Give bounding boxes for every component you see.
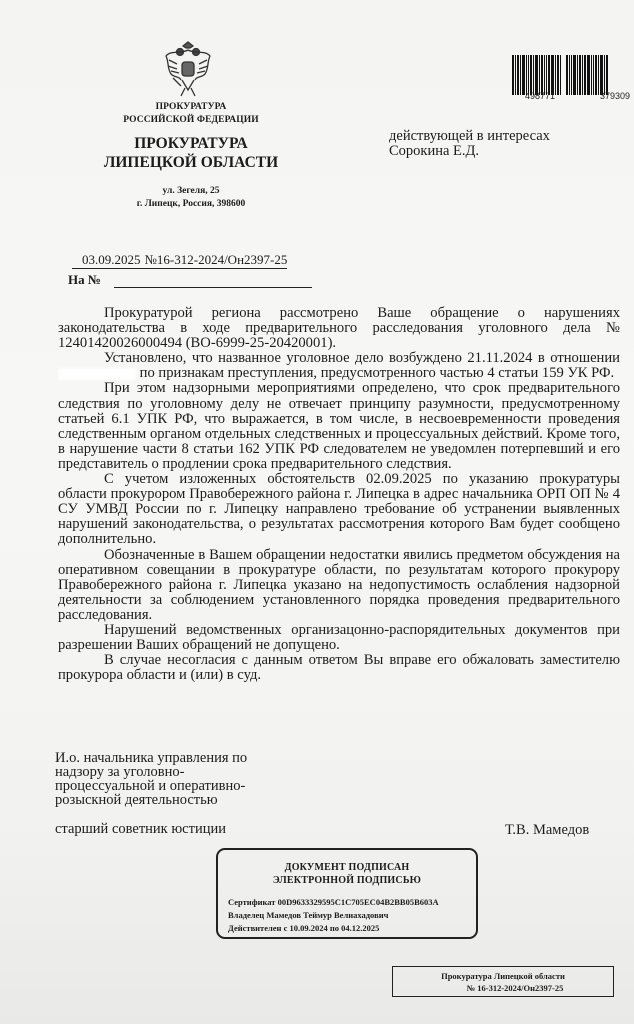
valid-to: 04.12.2025 bbox=[341, 923, 379, 933]
paragraph-7: В случае несогласия с данным ответом Вы … bbox=[58, 653, 620, 683]
position-line3: процессуальной и оперативно- bbox=[55, 779, 285, 793]
signatory-position: И.о. начальника управления по надзору за… bbox=[55, 751, 285, 807]
redacted-name bbox=[58, 368, 136, 380]
outgoing-reference: 03.09.2025 № 16-312-2024/Он2397-25 bbox=[72, 252, 287, 269]
letter-page: ПРОКУРАТУРА РОССИЙСКОЙ ФЕДЕРАЦИИ ПРОКУРА… bbox=[0, 0, 634, 1024]
address-line2: г. Липецк, Россия, 398600 bbox=[96, 198, 286, 211]
owner-value: Мамедов Теймур Велиахадович bbox=[266, 910, 388, 920]
paragraph-1: Прокуратурой региона рассмотрено Ваше об… bbox=[58, 306, 620, 351]
esign-details: Сертификат 00D9633329595C1C705EC04B2BB05… bbox=[228, 896, 476, 935]
letter-body: Прокуратурой региона рассмотрено Ваше об… bbox=[58, 306, 620, 683]
incoming-number-blank bbox=[114, 274, 312, 288]
paragraph-2-end: по признакам преступления, предусмотренн… bbox=[140, 365, 615, 381]
owner-label: Владелец bbox=[228, 910, 264, 920]
barcode-numbers: 498771 379309 bbox=[525, 91, 630, 101]
paragraph-3: При этом надзорными мероприятиями опреде… bbox=[58, 381, 620, 472]
outgoing-date: 03.09.2025 bbox=[72, 252, 145, 269]
esign-validity: Действителен с 10.09.2024 по 04.12.2025 bbox=[228, 922, 476, 935]
org-name: ПРОКУРАТУРА ЛИПЕЦКОЙ ОБЛАСТИ bbox=[96, 134, 286, 172]
org-parent-line2: РОССИЙСКОЙ ФЕДЕРАЦИИ bbox=[96, 114, 286, 127]
registration-number: № 16-312-2024/Он2397-25 bbox=[393, 982, 613, 994]
esign-certificate: Сертификат 00D9633329595C1C705EC04B2BB05… bbox=[228, 896, 476, 909]
incoming-label: На № bbox=[68, 272, 101, 288]
signatory-name: Т.В. Мамедов bbox=[505, 822, 589, 839]
valid-from: 10.09.2024 bbox=[289, 923, 327, 933]
valid-label: Действителен с bbox=[228, 923, 287, 933]
certificate-value: 00D9633329595C1C705EC04B2BB05B603A bbox=[278, 897, 439, 907]
incoming-reference: На № bbox=[68, 272, 312, 288]
paragraph-5: Обозначенные в Вашем обращении недостатк… bbox=[58, 548, 620, 623]
barcode-right-number: 379309 bbox=[600, 91, 630, 101]
position-line2: надзору за уголовно- bbox=[55, 765, 285, 779]
paragraph-2: Установлено, что названное уголовное дел… bbox=[58, 351, 620, 381]
esign-owner: Владелец Мамедов Теймур Велиахадович bbox=[228, 909, 476, 922]
address-line1: ул. Зегеля, 25 bbox=[96, 185, 286, 198]
addressee-line1: действующей в интересах bbox=[389, 129, 550, 144]
barcode bbox=[512, 55, 628, 95]
position-line4: розыскной деятельностью bbox=[55, 793, 285, 807]
esign-title-line2: ЭЛЕКТРОННОЙ ПОДПИСЬЮ bbox=[218, 874, 476, 887]
paragraph-2-start: Установлено, что названное уголовное дел… bbox=[104, 350, 620, 366]
org-name-line1: ПРОКУРАТУРА bbox=[96, 134, 286, 153]
registration-stamp: Прокуратура Липецкой области № 16-312-20… bbox=[392, 966, 614, 997]
paragraph-6: Нарушений ведомственных организацонно-ра… bbox=[58, 623, 620, 653]
paragraph-4: С учетом изложенных обстоятельств 02.09.… bbox=[58, 472, 620, 547]
org-name-line2: ЛИПЕЦКОЙ ОБЛАСТИ bbox=[96, 153, 286, 172]
electronic-signature-stamp: ДОКУМЕНТ ПОДПИСАН ЭЛЕКТРОННОЙ ПОДПИСЬЮ С… bbox=[216, 848, 478, 939]
position-line1: И.о. начальника управления по bbox=[55, 751, 285, 765]
org-address: ул. Зегеля, 25 г. Липецк, Россия, 398600 bbox=[96, 185, 286, 211]
signatory-rank: старший советник юстиции bbox=[55, 821, 226, 838]
esign-title: ДОКУМЕНТ ПОДПИСАН ЭЛЕКТРОННОЙ ПОДПИСЬЮ bbox=[218, 861, 476, 887]
valid-to-label: по bbox=[330, 923, 339, 933]
barcode-left-number: 498771 bbox=[525, 91, 555, 101]
addressee: действующей в интересах Сорокина Е.Д. bbox=[389, 129, 550, 159]
russian-coat-of-arms-icon bbox=[163, 40, 213, 98]
esign-title-line1: ДОКУМЕНТ ПОДПИСАН bbox=[218, 861, 476, 874]
certificate-label: Сертификат bbox=[228, 897, 275, 907]
outgoing-number: 16-312-2024/Он2397-25 bbox=[157, 252, 287, 269]
number-sign: № bbox=[145, 252, 157, 269]
registration-org: Прокуратура Липецкой области bbox=[393, 970, 613, 982]
org-parent-line1: ПРОКУРАТУРА bbox=[96, 101, 286, 114]
org-parent-name: ПРОКУРАТУРА РОССИЙСКОЙ ФЕДЕРАЦИИ bbox=[96, 101, 286, 127]
addressee-line2: Сорокина Е.Д. bbox=[389, 144, 550, 159]
